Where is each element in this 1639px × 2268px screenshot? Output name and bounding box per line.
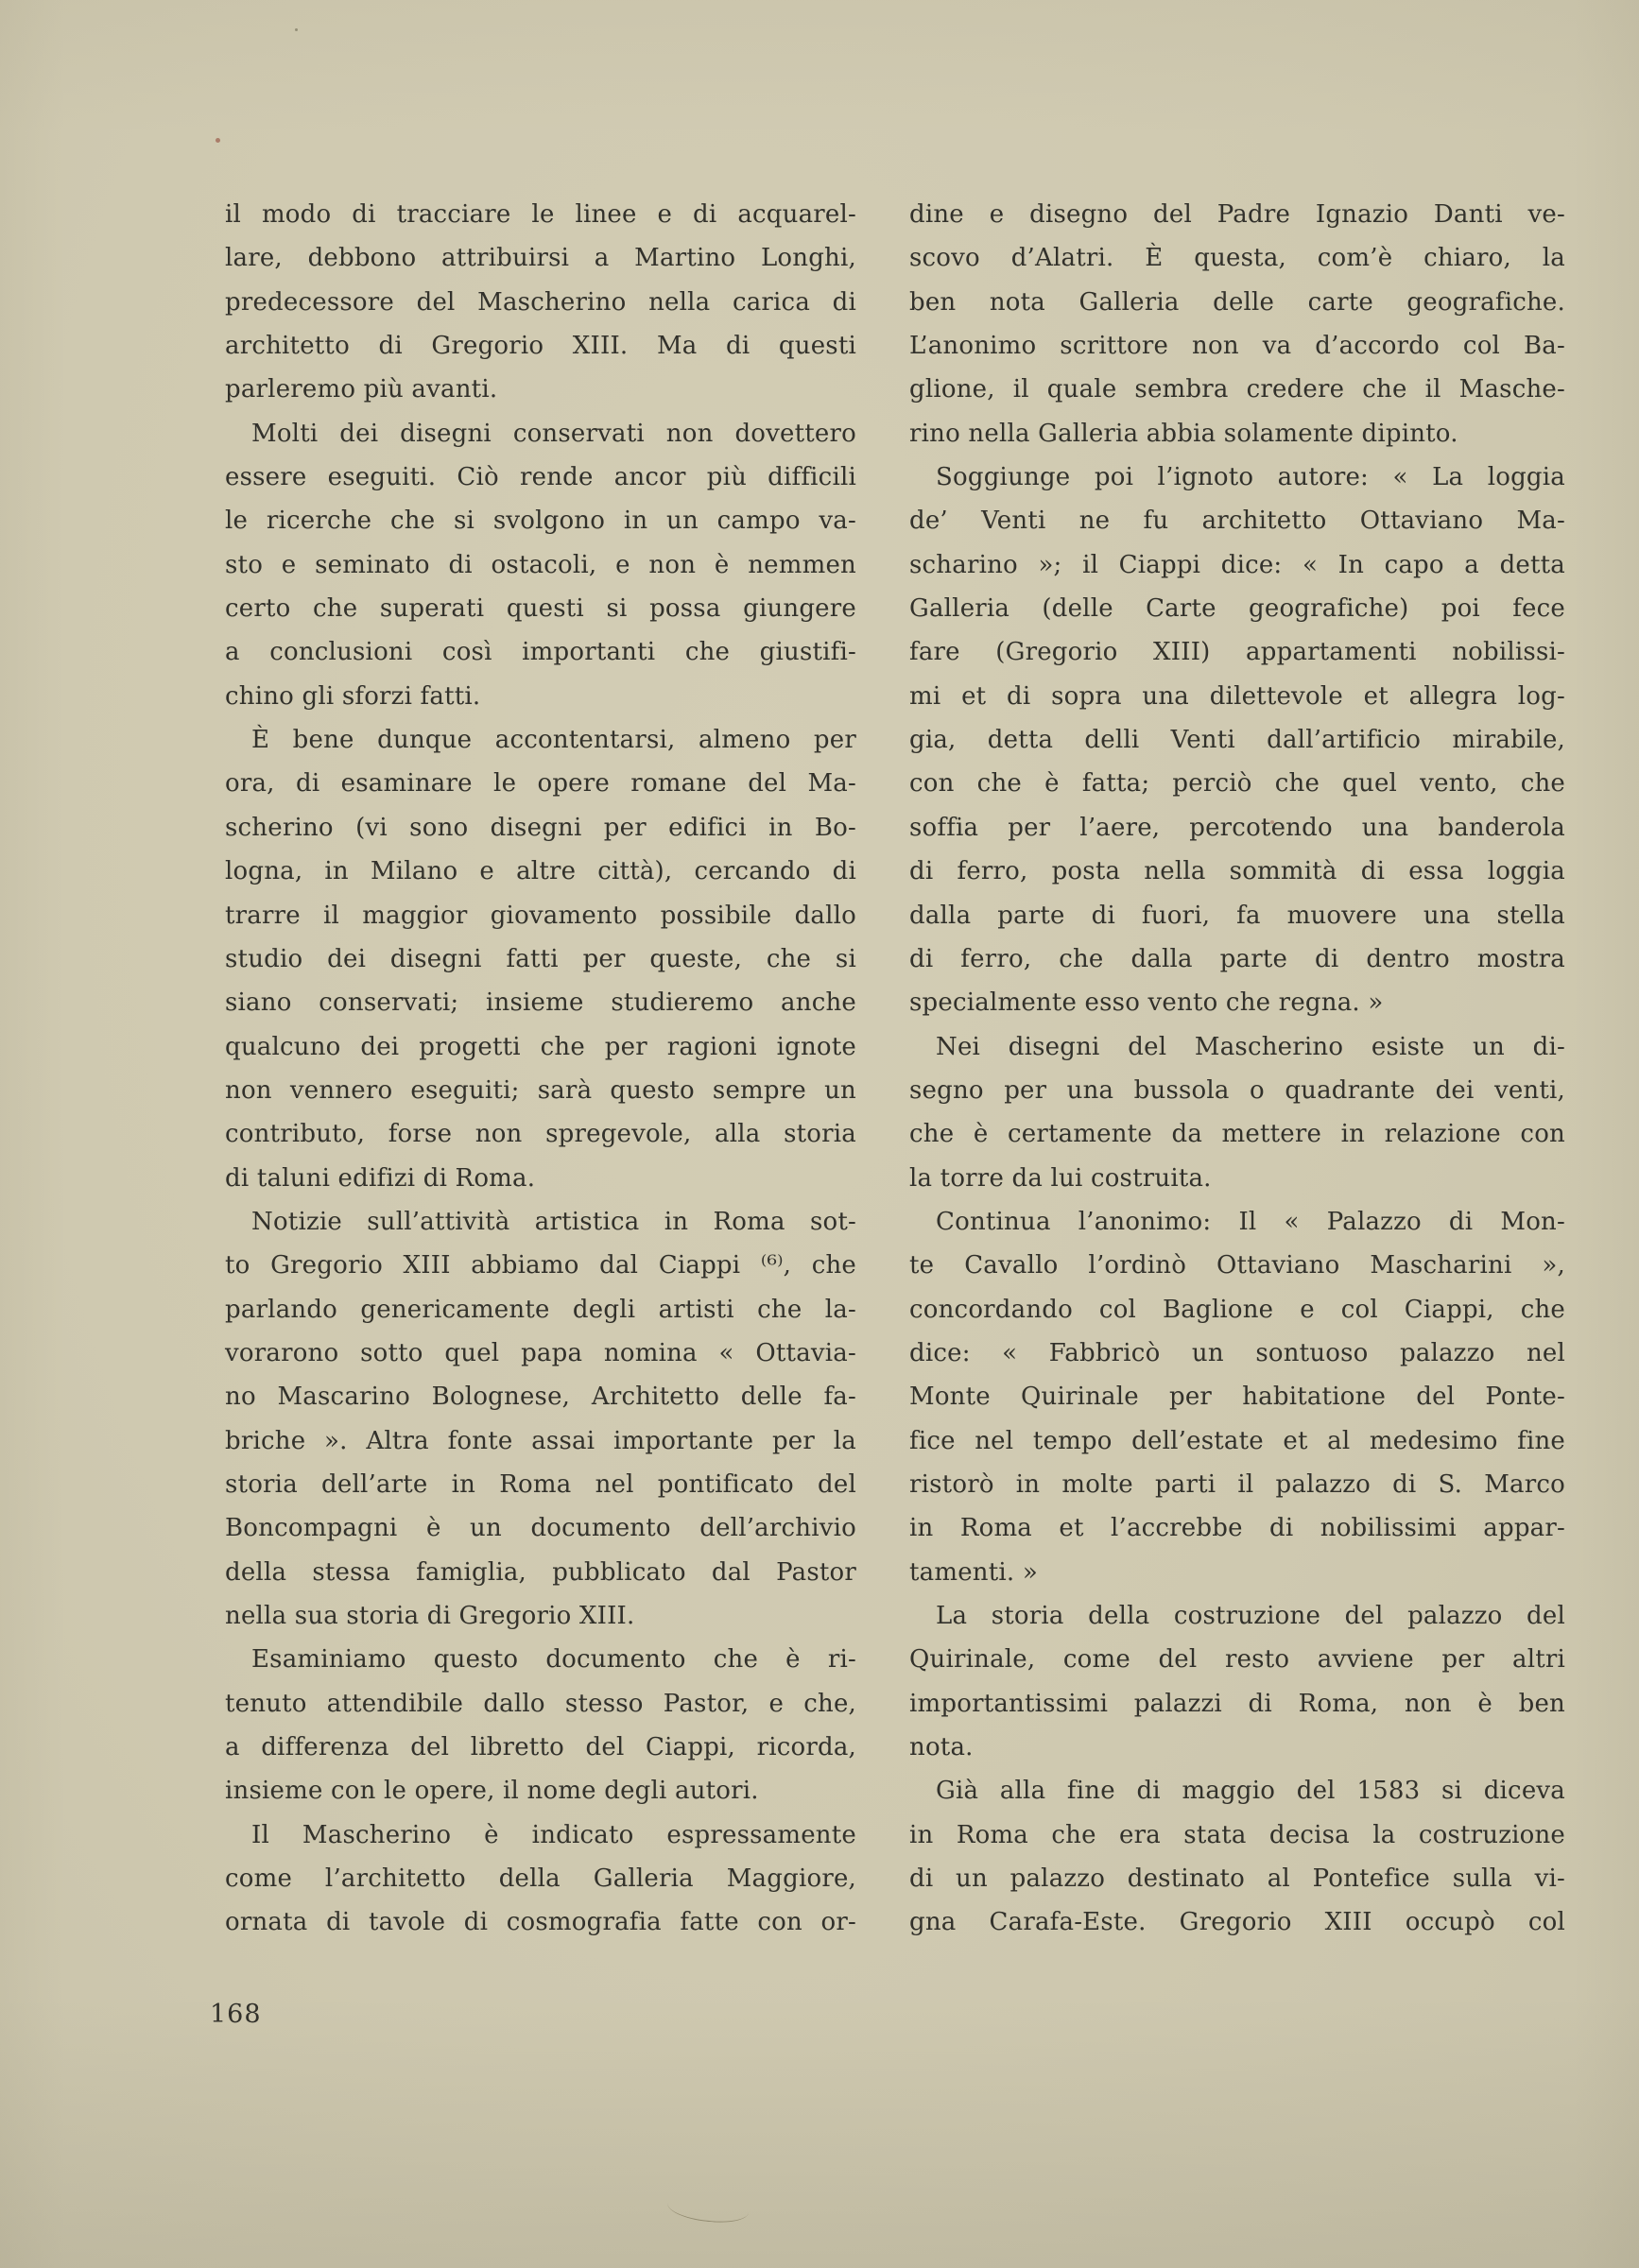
text-line: di taluni edifizi di Roma. <box>225 1157 856 1200</box>
text-line: chino gli sforzi fatti. <box>225 675 856 718</box>
text-line: contributo, forse non spregevole, alla s… <box>225 1112 856 1156</box>
text-line: siano conservati; insieme studieremo anc… <box>225 981 856 1024</box>
text-line: ben nota Galleria delle carte geografich… <box>909 281 1565 324</box>
text-line: segno per una bussola o quadrante dei ve… <box>909 1069 1565 1112</box>
text-line: parlando genericamente degli artisti che… <box>225 1288 856 1332</box>
text-line: scharino »; il Ciappi dice: « In capo a … <box>909 543 1565 587</box>
text-line: ornata di tavole di cosmografia fatte co… <box>225 1900 856 1944</box>
text-line: specialmente esso vento che regna. » <box>909 981 1565 1024</box>
text-line: predecessore del Mascherino nella carica… <box>225 281 856 324</box>
text-line: soffia per l’aere, percotendo una bander… <box>909 806 1565 850</box>
text-line: te Cavallo l’ordinò Ottaviano Mascharini… <box>909 1244 1565 1287</box>
text-line: Già alla fine di maggio del 1583 si dice… <box>909 1769 1565 1813</box>
text-line: vorarono sotto quel papa nomina « Ottavi… <box>225 1332 856 1375</box>
text-line: architetto di Gregorio XIII. Ma di quest… <box>225 324 856 368</box>
text-line: dine e disegno del Padre Ignazio Danti v… <box>909 193 1565 236</box>
text-line: come l’architetto della Galleria Maggior… <box>225 1857 856 1900</box>
text-line: Galleria (delle Carte geografiche) poi f… <box>909 587 1565 630</box>
text-line: briche ». Altra fonte assai importante p… <box>225 1419 856 1463</box>
text-line: di un palazzo destinato al Pontefice sul… <box>909 1857 1565 1900</box>
text-line: Il Mascherino è indicato espressamente <box>225 1813 856 1857</box>
text-line: dice: « Fabbricò un sontuoso palazzo nel <box>909 1332 1565 1375</box>
text-line: scovo d’Alatri. È questa, com’è chiaro, … <box>909 236 1565 280</box>
text-line: gia, detta delli Venti dall’artificio mi… <box>909 718 1565 762</box>
text-line: Esaminiamo questo documento che è ri- <box>225 1638 856 1681</box>
text-line: a conclusioni così importanti che giusti… <box>225 630 856 674</box>
text-line: studio dei disegni fatti per queste, che… <box>225 937 856 981</box>
text-line: scherino (vi sono disegni per edifici in… <box>225 806 856 850</box>
text-line: Quirinale, come del resto avviene per al… <box>909 1638 1565 1681</box>
text-line: insieme con le opere, il nome degli auto… <box>225 1769 856 1813</box>
text-line: in Roma che era stata decisa la costruzi… <box>909 1813 1565 1857</box>
text-line: trarre il maggior giovamento possibile d… <box>225 894 856 937</box>
text-line: con che è fatta; perciò che quel vento, … <box>909 762 1565 805</box>
text-line: importantissimi palazzi di Roma, non è b… <box>909 1682 1565 1726</box>
text-line: essere eseguiti. Ciò rende ancor più dif… <box>225 455 856 499</box>
text-line: le ricerche che si svolgono in un campo … <box>225 499 856 542</box>
text-line: il modo di tracciare le linee e di acqua… <box>225 193 856 236</box>
text-line: logna, in Milano e altre città), cercand… <box>225 850 856 893</box>
text-line: di ferro, posta nella sommità di essa lo… <box>909 850 1565 893</box>
text-line: a differenza del libretto del Ciappi, ri… <box>225 1726 856 1769</box>
text-line: Nei disegni del Mascherino esiste un di- <box>909 1025 1565 1069</box>
text-line: glione, il quale sembra credere che il M… <box>909 368 1565 411</box>
page-number: 168 <box>210 2000 262 2029</box>
text-line: Notizie sull’attività artistica in Roma … <box>225 1200 856 1244</box>
text-line: ora, di esaminare le opere romane del Ma… <box>225 762 856 805</box>
text-line: concordando col Baglione e col Ciappi, c… <box>909 1288 1565 1332</box>
text-line: nota. <box>909 1726 1565 1769</box>
text-line: in Roma et l’accrebbe di nobilissimi app… <box>909 1506 1565 1550</box>
paper-speck <box>216 138 220 143</box>
text-line: tamenti. » <box>909 1551 1565 1594</box>
text-line: L’anonimo scrittore non va d’accordo col… <box>909 324 1565 368</box>
text-line: de’ Venti ne fu architetto Ottaviano Ma- <box>909 499 1565 542</box>
text-line: di ferro, che dalla parte di dentro most… <box>909 937 1565 981</box>
paper-scratch <box>666 2191 750 2225</box>
text-line: Boncompagni è un documento dell’archivio <box>225 1506 856 1550</box>
text-line: fare (Gregorio XIII) appartamenti nobili… <box>909 630 1565 674</box>
text-line: gna Carafa-Este. Gregorio XIII occupò co… <box>909 1900 1565 1944</box>
text-line: lare, debbono attribuirsi a Martino Long… <box>225 236 856 280</box>
text-line: storia dell’arte in Roma nel pontificato… <box>225 1463 856 1506</box>
text-line: qualcuno dei progetti che per ragioni ig… <box>225 1025 856 1069</box>
text-line: no Mascarino Bolognese, Architetto delle… <box>225 1375 856 1418</box>
text-line: sto e seminato di ostacoli, e non è nemm… <box>225 543 856 587</box>
text-line: Continua l’anonimo: Il « Palazzo di Mon- <box>909 1200 1565 1244</box>
text-line: mi et di sopra una dilettevole et allegr… <box>909 675 1565 718</box>
text-line: nella sua storia di Gregorio XIII. <box>225 1594 856 1638</box>
text-line: dalla parte di fuori, fa muovere una ste… <box>909 894 1565 937</box>
column-left: il modo di tracciare le linee e di acqua… <box>225 193 856 1945</box>
paper-speck <box>295 28 298 31</box>
text-line: Soggiunge poi l’ignoto autore: « La logg… <box>909 455 1565 499</box>
text-line: non vennero eseguiti; sarà questo sempre… <box>225 1069 856 1112</box>
column-right: dine e disegno del Padre Ignazio Danti v… <box>909 193 1565 1945</box>
text-line: parleremo più avanti. <box>225 368 856 411</box>
text-line: fice nel tempo dell’estate et al medesim… <box>909 1419 1565 1463</box>
text-line: ristorò in molte parti il palazzo di S. … <box>909 1463 1565 1506</box>
text-line: la torre da lui costruita. <box>909 1157 1565 1200</box>
text-line: to Gregorio XIII abbiamo dal Ciappi ⁽⁶⁾,… <box>225 1244 856 1287</box>
text-line: rino nella Galleria abbia solamente dipi… <box>909 412 1565 455</box>
text-line: tenuto attendibile dallo stesso Pastor, … <box>225 1682 856 1726</box>
book-page: il modo di tracciare le linee e di acqua… <box>0 0 1639 2268</box>
text-line: della stessa famiglia, pubblicato dal Pa… <box>225 1551 856 1594</box>
text-line: certo che superati questi si possa giung… <box>225 587 856 630</box>
text-line: che è certamente da mettere in relazione… <box>909 1112 1565 1156</box>
text-line: È bene dunque accontentarsi, almeno per <box>225 718 856 762</box>
text-line: Monte Quirinale per habitatione del Pont… <box>909 1375 1565 1418</box>
text-line: La storia della costruzione del palazzo … <box>909 1594 1565 1638</box>
text-line: Molti dei disegni conservati non dovette… <box>225 412 856 455</box>
